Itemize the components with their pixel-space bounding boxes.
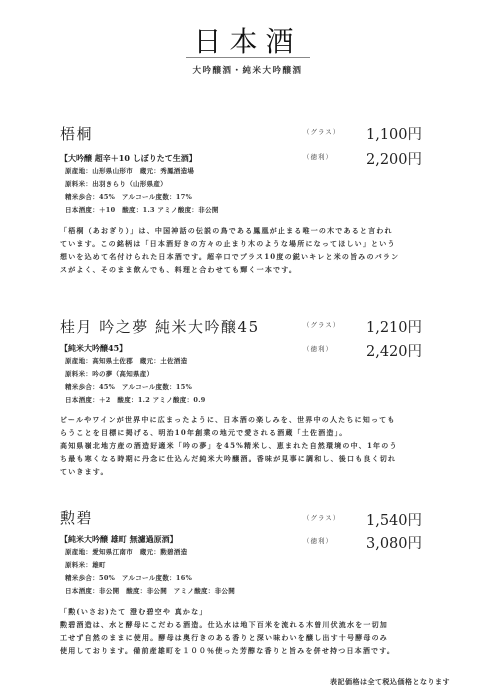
price-label: （グラス） xyxy=(303,127,340,136)
description-line: 使用しております。備前産雄町を１００％使った芳醇な香りと旨みを併せ持つ日本酒です… xyxy=(60,644,455,657)
price-glass: （グラス） 1,540円 xyxy=(303,509,453,527)
page-title: 日本酒 xyxy=(0,20,495,60)
description-line: スがよく、そのまま飲んでも、料理と合わせても輝く一本です。 xyxy=(60,263,455,276)
price-label: （徳利） xyxy=(303,344,333,353)
price-value: 1,210円 xyxy=(366,316,422,337)
description-line: 「勲(いさお)たて 澄む碧空や 真かな」 xyxy=(60,605,455,618)
spec-origin: 原産地：高知県土佐郡 蔵元：土佐酒造 xyxy=(65,356,187,365)
page-subtitle: 大吟醸酒・純米大吟醸酒 xyxy=(0,64,495,76)
description-line: 「梧桐（あおぎり）」は、中国神話の伝説の鳥である鳳凰が止まる唯一の木であると言わ… xyxy=(60,224,455,237)
spec-title: 【純米大吟醸 雄町 無濾過原酒】 xyxy=(60,534,178,545)
sake-description: ビールやワインが世界中に広まったように、日本酒の楽しみを、世界中の人たちに知って… xyxy=(60,413,455,478)
sake-name: 梧桐 xyxy=(60,123,93,144)
spec-rice: 原料米：吟の夢（高知県産） xyxy=(65,369,153,378)
spec-title: 【純米大吟醸45】 xyxy=(60,343,127,354)
price-label: （グラス） xyxy=(303,513,340,522)
description-line: ています。この銘柄は「日本酒好きの方々の止まり木のような場所になってほしい」とい… xyxy=(60,237,455,250)
price-label: （グラス） xyxy=(303,320,340,329)
sake-name: 桂月 吟之夢 純米大吟醸45 xyxy=(60,316,260,337)
price-value: 3,080円 xyxy=(366,532,422,553)
spec-sake-meter: 日本酒度：＋2 酸度：1.2 アミノ酸度：0.9 xyxy=(65,395,206,404)
description-line: 高知県嶺北地方産の酒造好適米「吟の夢」を45%精米し、恵まれた自然環境の中、1年… xyxy=(60,439,455,452)
description-line: 想いを込めて名付けられた日本酒です。超辛口でプラス10度の鋭いキレと米の旨みのバ… xyxy=(60,250,455,263)
description-line: らうことを目標に掲げる、明治10年創業の地元で愛される酒蔵「土佐酒造」。 xyxy=(60,426,455,439)
spec-sake-meter: 日本酒度：＋10 酸度：1.3 アミノ酸度：非公開 xyxy=(65,205,219,214)
description-line: ビールやワインが世界中に広まったように、日本酒の楽しみを、世界中の人たちに知って… xyxy=(60,413,455,426)
spec-origin: 原産地：山形県山形市 蔵元：秀鳳酒造場 xyxy=(65,166,194,175)
sake-description: 「勲(いさお)たて 澄む碧空や 真かな」 勲碧酒造は、水と酵母にこだわる酒造。仕… xyxy=(60,605,455,657)
price-glass: （グラス） 1,210円 xyxy=(303,316,453,334)
spec-origin: 原産地：愛知県江南市 蔵元：勲碧酒造 xyxy=(65,547,187,556)
tax-included-note: 表記価格は全て税込価格となります xyxy=(330,677,450,687)
description-line: 勲碧酒造は、水と酵母にこだわる酒造。仕込水は地下百米を流れる木曽川伏流水を一切加 xyxy=(60,618,455,631)
sake-description: 「梧桐（あおぎり）」は、中国神話の伝説の鳥である鳳凰が止まる唯一の木であると言わ… xyxy=(60,224,455,276)
price-label: （徳利） xyxy=(303,152,333,161)
price-glass: （グラス） 1,100円 xyxy=(303,123,453,141)
spec-rice: 原料米：雄町 xyxy=(65,560,106,569)
spec-polish: 精米歩合：45% アルコール度数：17% xyxy=(65,192,192,201)
price-value: 2,420円 xyxy=(366,340,422,361)
spec-title: 【大吟醸 超辛＋10 しぼりたて生酒】 xyxy=(60,153,197,164)
description-line: 工せず自然のままに使用。酵母は奥行きのある香りと深い味わいを醸し出す十号酵母のみ xyxy=(60,631,455,644)
sake-name: 勲碧 xyxy=(60,507,93,528)
price-value: 1,540円 xyxy=(366,509,422,530)
description-line: ち最も寒くなる時期に丹念に仕込んだ純米大吟醸酒。香味が見事に調和し、後口も良く切… xyxy=(60,452,455,465)
description-line: ていきます。 xyxy=(60,465,455,478)
spec-sake-meter: 日本酒度：非公開 酸度：非公開 アミノ酸度：非公開 xyxy=(65,586,235,595)
price-tokkuri: （徳利） 2,200円 xyxy=(303,148,453,166)
title-divider xyxy=(186,57,310,58)
price-tokkuri: （徳利） 3,080円 xyxy=(303,532,453,550)
spec-polish: 精米歩合：45% アルコール度数：15% xyxy=(65,382,192,391)
spec-polish: 精米歩合：50% アルコール度数：16% xyxy=(65,573,192,582)
price-label: （徳利） xyxy=(303,536,333,545)
price-value: 2,200円 xyxy=(366,148,422,169)
spec-rice: 原料米：出羽きらり（山形県産） xyxy=(65,179,167,188)
price-tokkuri: （徳利） 2,420円 xyxy=(303,340,453,358)
price-value: 1,100円 xyxy=(366,123,422,144)
